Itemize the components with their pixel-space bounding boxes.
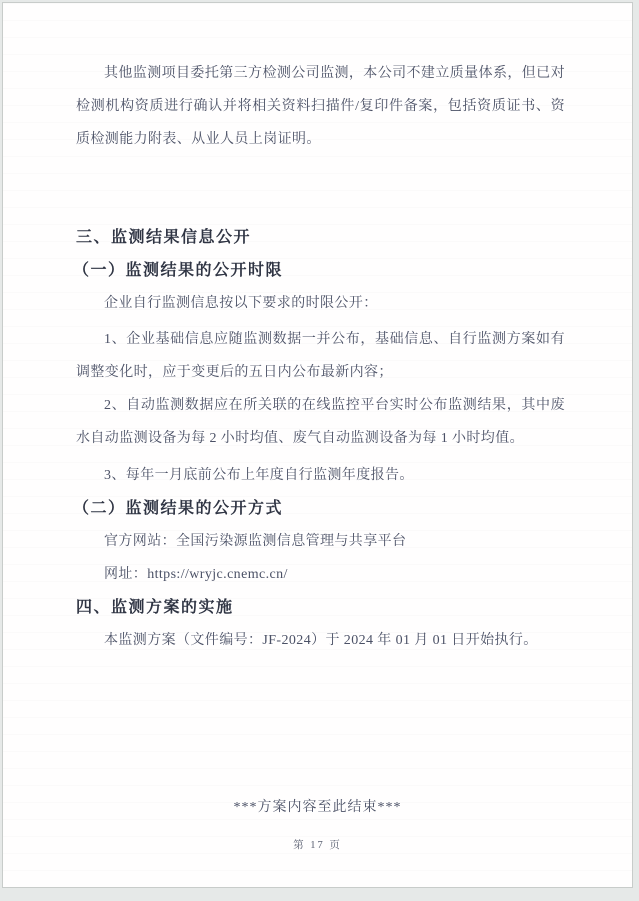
timing-item-1: 1、企业基础信息应随监测数据一并公布，基础信息、自行监测方案如有调整变化时，应于… bbox=[76, 323, 565, 389]
section4-heading: 四、监测方案的实施 bbox=[76, 591, 565, 624]
section3-sub1-heading: （一）监测结果的公开时限 bbox=[73, 254, 565, 287]
document-page: 其他监测项目委托第三方检测公司监测，本公司不建立质量体系，但已对检测机构资质进行… bbox=[2, 2, 633, 888]
end-of-plan-marker: ***方案内容至此结束*** bbox=[3, 791, 632, 824]
section3-heading: 三、监测结果信息公开 bbox=[76, 221, 565, 254]
page-number: 第 17 页 bbox=[3, 836, 632, 856]
timing-item-3: 3、每年一月底前公布上年度自行监测年度报告。 bbox=[76, 459, 565, 492]
official-site-line: 官方网站：全国污染源监测信息管理与共享平台 bbox=[76, 525, 565, 558]
section3-sub2-heading: （二）监测结果的公开方式 bbox=[73, 492, 565, 525]
site-url-line: 网址：https://wryjc.cnemc.cn/ bbox=[76, 558, 565, 591]
implementation-paragraph: 本监测方案（文件编号：JF-2024）于 2024 年 01 月 01 日开始执… bbox=[76, 624, 565, 657]
disclosure-timing-intro: 企业自行监测信息按以下要求的时限公开： bbox=[76, 287, 565, 320]
intro-paragraph: 其他监测项目委托第三方检测公司监测，本公司不建立质量体系，但已对检测机构资质进行… bbox=[76, 57, 565, 156]
timing-item-2: 2、自动监测数据应在所关联的在线监控平台实时公布监测结果，其中废水自动监测设备为… bbox=[76, 389, 565, 455]
